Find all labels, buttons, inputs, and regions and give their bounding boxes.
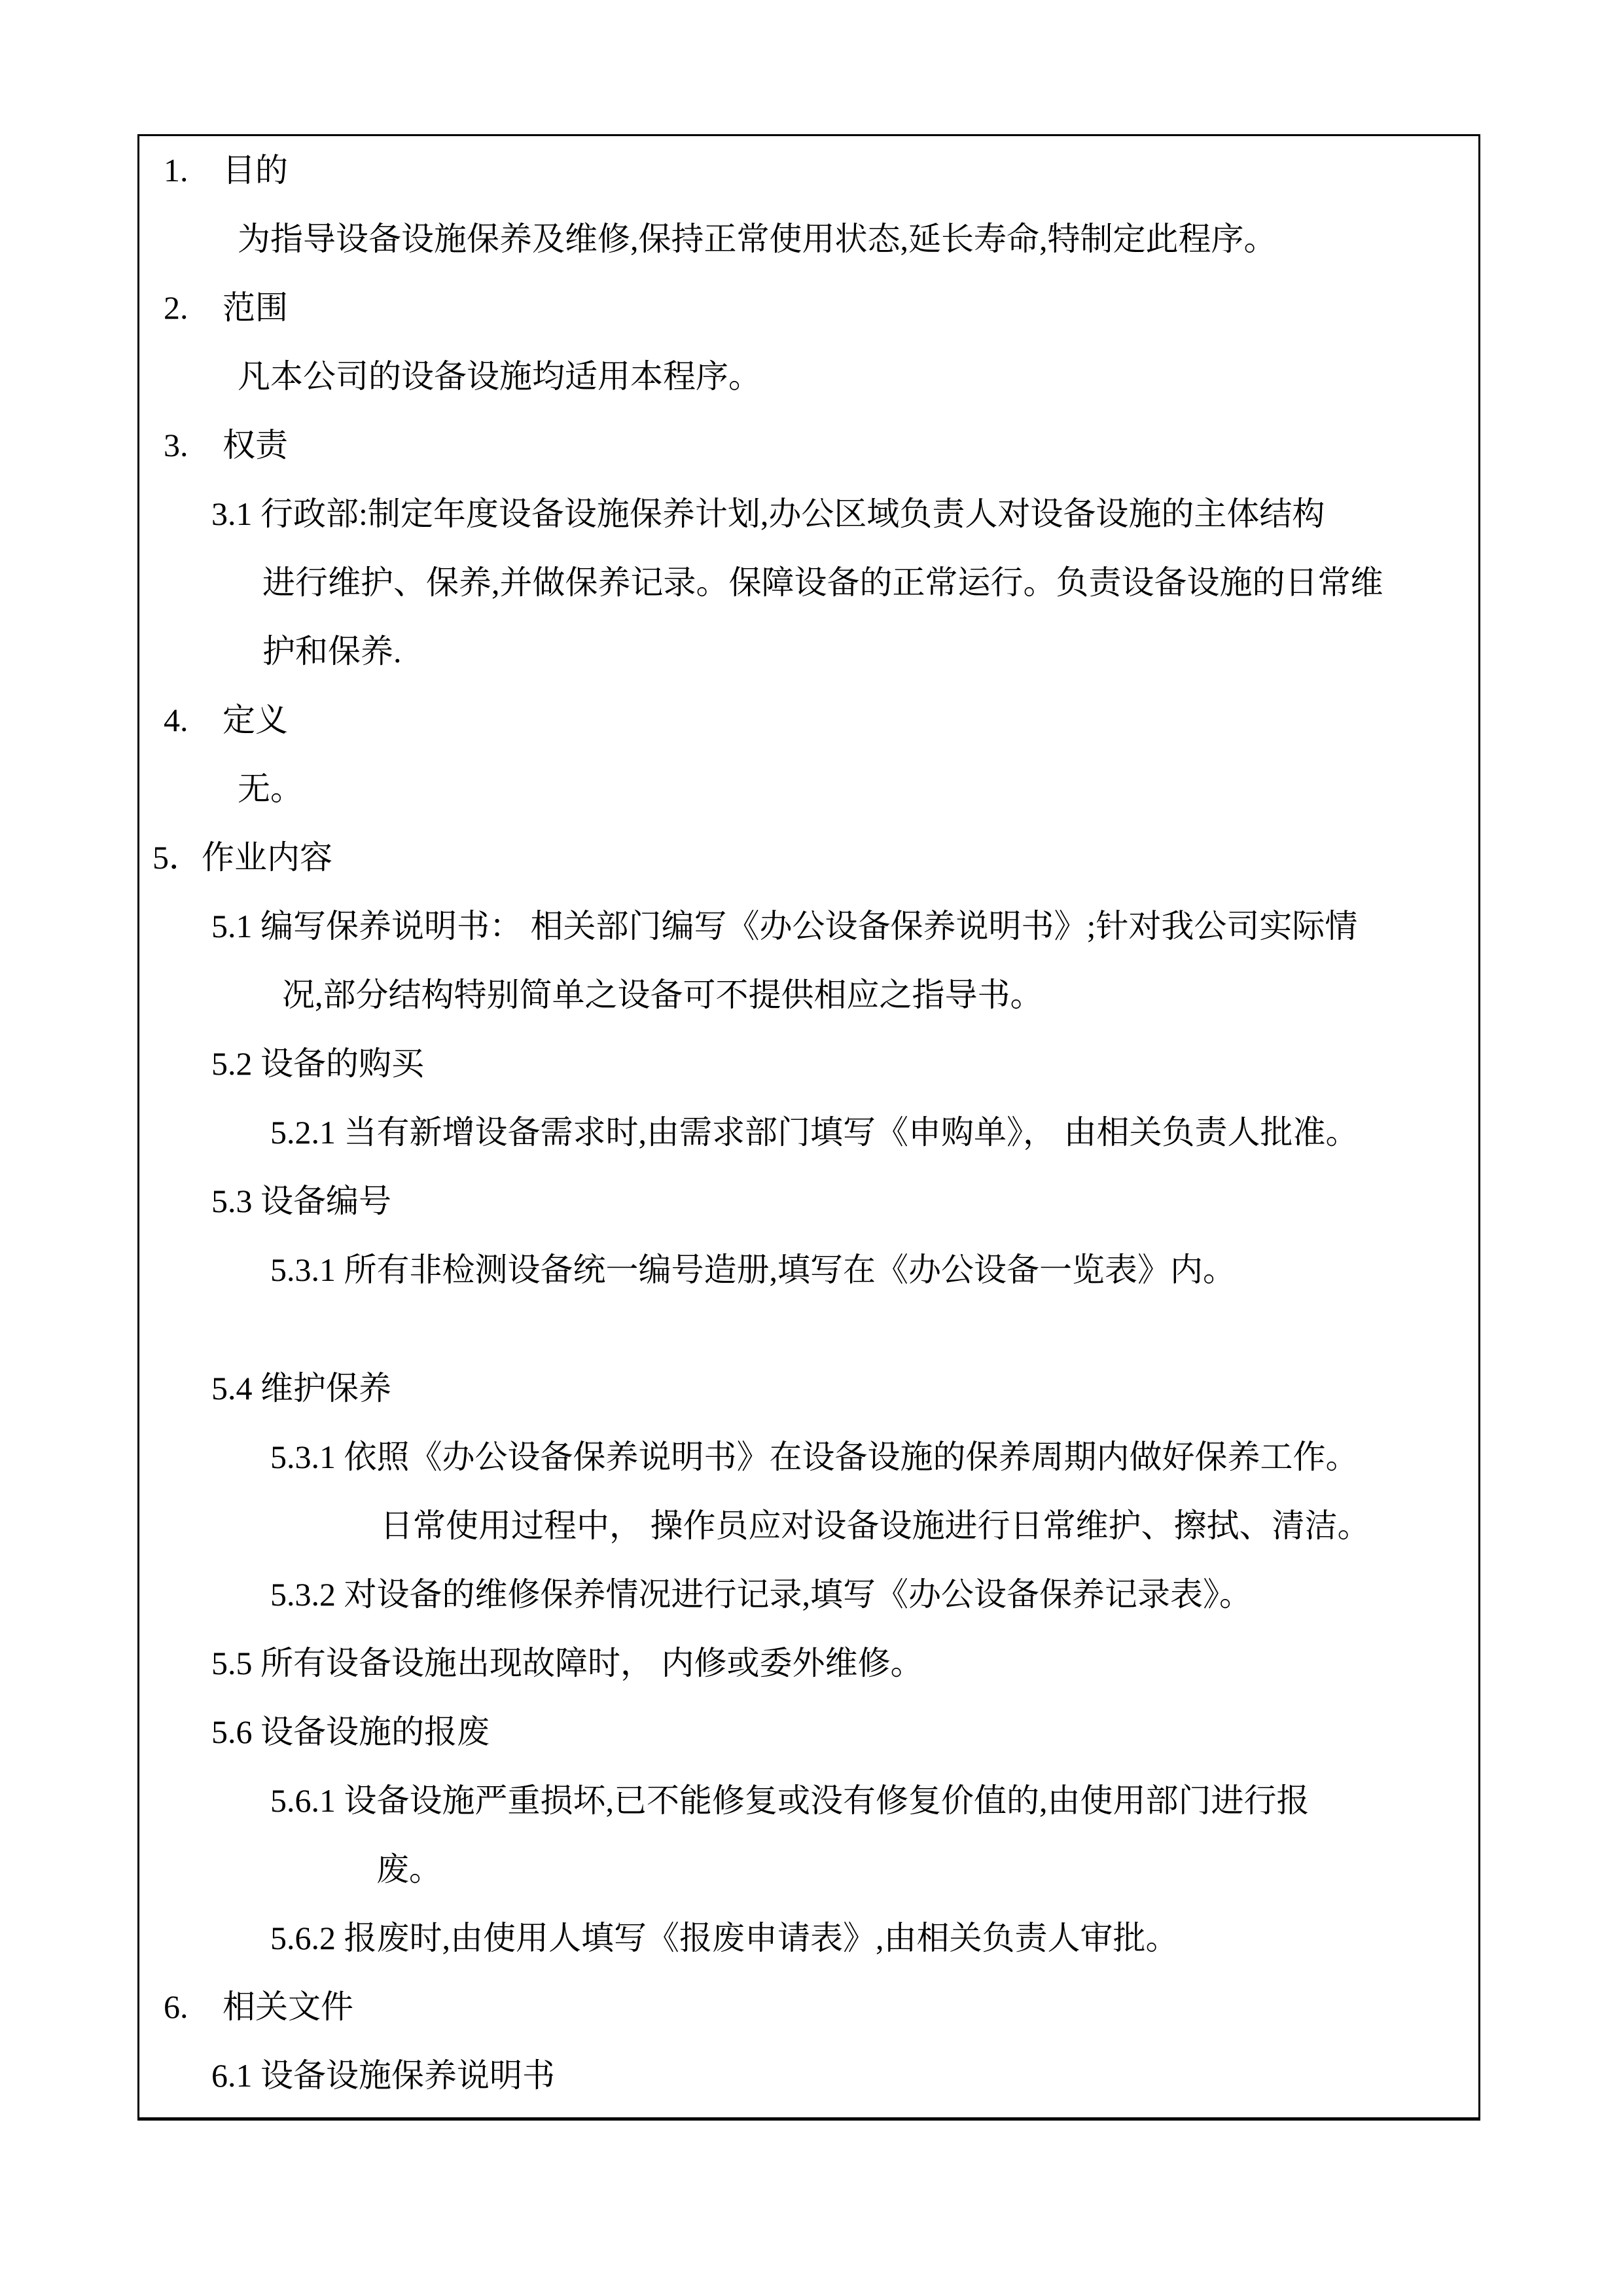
doc-line-text: 5.5 所有设备设施出现故障时， 内修或委外维修。 [211,1645,923,1681]
doc-line-text: 5.3.2 对设备的维修保养情况进行记录,填写《办公设备保养记录表》。 [270,1576,1252,1613]
doc-line-text: 况,部分结构特别简单之设备可不提供相应之指导书。 [282,977,1043,1013]
doc-line-text: 权责 [223,427,288,463]
doc-line: 3.权责 [164,411,1478,480]
doc-line: 5．作业内容 [152,823,1478,892]
page: 1.目的为指导设备设施保养及维修,保持正常使用状态,延长寿命,特制定此程序。2.… [0,0,1623,2296]
doc-line-text: 无。 [238,770,303,807]
doc-line-text: 5．作业内容 [152,839,332,876]
doc-line-text: 相关文件 [223,1988,353,2025]
doc-line-text: 进行维护、保养,并做保养记录。保障设备的正常运行。负责设备设施的日常维 [262,564,1383,601]
doc-line: 6.1 设备设施保养说明书 [211,2041,1478,2110]
doc-line-text: 定义 [223,702,288,738]
doc-line-text: 5.6.2 报废时,由使用人填写《报废申请表》,由相关负责人审批。 [270,1920,1179,1956]
doc-line: 6.相关文件 [164,1973,1478,2041]
doc-line: 2.范围 [164,274,1478,342]
doc-line-number: 6. [164,1973,223,2041]
doc-line-text: 5.2 设备的购买 [211,1045,424,1082]
doc-line: 5.2.1 当有新增设备需求时,由需求部门填写《申购单》， 由相关负责人批准。 [270,1098,1478,1167]
doc-line: 1.目的 [164,136,1478,205]
doc-line-text: 5.3 设备编号 [211,1183,391,1219]
doc-line-number: 1. [164,136,223,205]
doc-line-text: 范围 [223,289,288,326]
doc-line: 5.4 维护保养 [211,1354,1478,1423]
doc-line: 5.5 所有设备设施出现故障时， 内修或委外维修。 [211,1629,1478,1698]
doc-line-text: 6.1 设备设施保养说明书 [211,2057,555,2094]
doc-line: 5.3.1 依照《办公设备保养说明书》在设备设施的保养周期内做好保养工作。 [270,1423,1478,1492]
doc-line: 况,部分结构特别简单之设备可不提供相应之指导书。 [282,961,1478,1030]
doc-line: 5.3.2 对设备的维修保养情况进行记录,填写《办公设备保养记录表》。 [270,1560,1478,1629]
doc-line: 护和保养. [262,617,1478,686]
doc-line-text: 5.1 编写保养说明书： 相关部门编写《办公设备保养说明书》;针对我公司实际情 [211,908,1357,944]
doc-line: 5.6.2 报废时,由使用人填写《报废申请表》,由相关负责人审批。 [270,1904,1478,1973]
doc-line: 5.2 设备的购买 [211,1030,1478,1098]
doc-line: 5.3 设备编号 [211,1167,1478,1236]
doc-line-text: 5.3.1 所有非检测设备统一编号造册,填写在《办公设备一览表》内。 [270,1251,1236,1288]
doc-line-number: 2. [164,274,223,342]
doc-line: 3.1 行政部:制定年度设备设施保养计划,办公区域负责人对设备设施的主体结构 [211,480,1478,548]
doc-line-text: 5.4 维护保养 [211,1370,391,1407]
doc-line-text: 废。 [376,1851,442,1888]
doc-line: 5.6.1 设备设施严重损坏,已不能修复或没有修复价值的,由使用部门进行报 [270,1767,1478,1835]
doc-line: 进行维护、保养,并做保养记录。保障设备的正常运行。负责设备设施的日常维 [262,548,1478,617]
doc-line-text: 凡本公司的设备设施均适用本程序。 [238,358,761,395]
doc-line-text: 护和保养. [262,633,402,670]
doc-line-text: 目的 [223,152,288,188]
doc-line: 4.定义 [164,686,1478,755]
doc-line-text: 5.3.1 依照《办公设备保养说明书》在设备设施的保养周期内做好保养工作。 [270,1439,1359,1475]
doc-line-text: 5.6.1 设备设施严重损坏,已不能修复或没有修复价值的,由使用部门进行报 [270,1782,1310,1819]
document-border-box: 1.目的为指导设备设施保养及维修,保持正常使用状态,延长寿命,特制定此程序。2.… [137,134,1480,2121]
doc-line: 5.3.1 所有非检测设备统一编号造册,填写在《办公设备一览表》内。 [270,1236,1478,1304]
doc-line: 5.1 编写保养说明书： 相关部门编写《办公设备保养说明书》;针对我公司实际情 [211,892,1478,961]
doc-line: 无。 [238,755,1478,823]
doc-line: 日常使用过程中， 操作员应对设备设施进行日常维护、擦拭、清洁。 [380,1492,1478,1560]
doc-line-number: 4. [164,686,223,755]
doc-line: 废。 [376,1835,1478,1904]
doc-line-text: 5.6 设备设施的报废 [211,1713,490,1750]
doc-line-number: 3. [164,411,223,480]
doc-line-text: 3.1 行政部:制定年度设备设施保养计划,办公区域负责人对设备设施的主体结构 [211,495,1325,532]
doc-line-text: 5.2.1 当有新增设备需求时,由需求部门填写《申购单》， 由相关负责人批准。 [270,1114,1359,1151]
doc-line: 5.6 设备设施的报废 [211,1698,1478,1767]
blank-line [139,1304,1478,1354]
doc-line-text: 日常使用过程中， 操作员应对设备设施进行日常维护、擦拭、清洁。 [380,1507,1370,1544]
doc-line-text: 为指导设备设施保养及维修,保持正常使用状态,延长寿命,特制定此程序。 [238,221,1277,257]
doc-line: 为指导设备设施保养及维修,保持正常使用状态,延长寿命,特制定此程序。 [238,205,1478,274]
doc-line: 凡本公司的设备设施均适用本程序。 [238,342,1478,411]
